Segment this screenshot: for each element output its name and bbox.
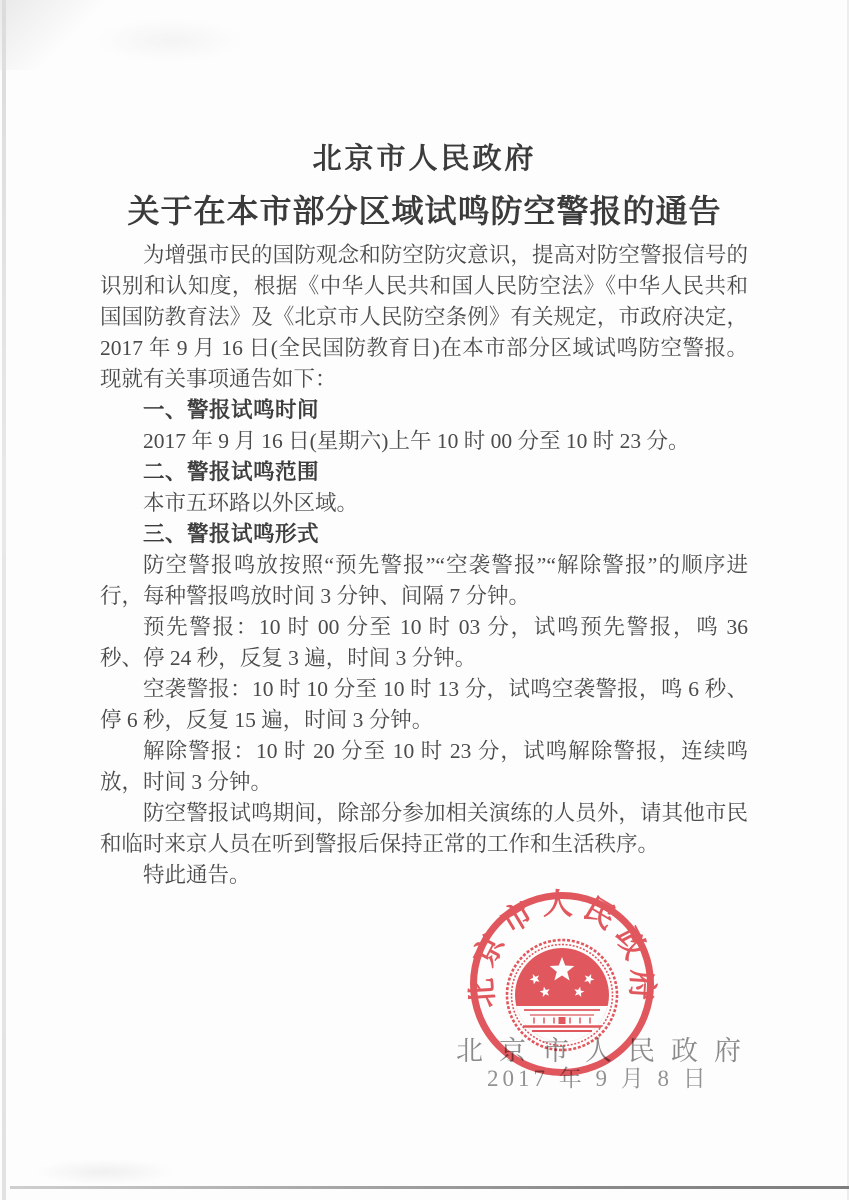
document-title: 北京市人民政府: [0, 136, 849, 177]
paragraph: 本市五环路以外区域。: [100, 488, 748, 519]
paragraph: 空袭警报：10 时 10 分至 10 时 13 分，试鸣空袭警报，鸣 6 秒、停…: [100, 674, 748, 736]
paragraph: 防空警报鸣放按照“预先警报”“空袭警报”“解除警报”的顺序进行，每种警报鸣放时间…: [100, 550, 748, 612]
paragraph: 特此通告。: [100, 860, 748, 891]
scan-left-edge-line: [2, 0, 6, 1200]
paragraph: 解除警报：10 时 20 分至 10 时 23 分，试鸣解除警报，连续鸣放，时间…: [100, 736, 748, 798]
scan-smudge: [95, 18, 245, 63]
official-seal: 北京市人民政府: [466, 888, 658, 1080]
paragraph: 2017 年 9 月 16 日(星期六)上午 10 时 00 分至 10 时 2…: [100, 426, 748, 457]
scan-smudge-bottom: [35, 1159, 175, 1185]
paragraph: 为增强市民的国防观念和防空防灾意识，提高对防空警报信号的识别和认知度，根据《中华…: [100, 240, 748, 395]
section-heading: 三、警报试鸣形式: [100, 519, 748, 550]
paragraph: 预先警报：10 时 00 分至 10 时 03 分，试鸣预先警报，鸣 36 秒、…: [100, 612, 748, 674]
paragraph: 防空警报试鸣期间，除部分参加相关演练的人员外，请其他市民和临时来京人员在听到警报…: [100, 798, 748, 860]
scanned-notice-page: { "page": { "background": "#fdfdfd", "bo…: [0, 0, 849, 1200]
document-body: 为增强市民的国防观念和防空防灾意识，提高对防空警报信号的识别和认知度，根据《中华…: [100, 240, 748, 891]
section-heading: 二、警报试鸣范围: [100, 457, 748, 488]
section-heading: 一、警报试鸣时间: [100, 395, 748, 426]
national-emblem-icon: [507, 940, 617, 1050]
scan-bottom-edge-line: [10, 1186, 849, 1189]
document-subtitle: 关于在本市部分区域试鸣防空警报的通告: [0, 186, 849, 232]
